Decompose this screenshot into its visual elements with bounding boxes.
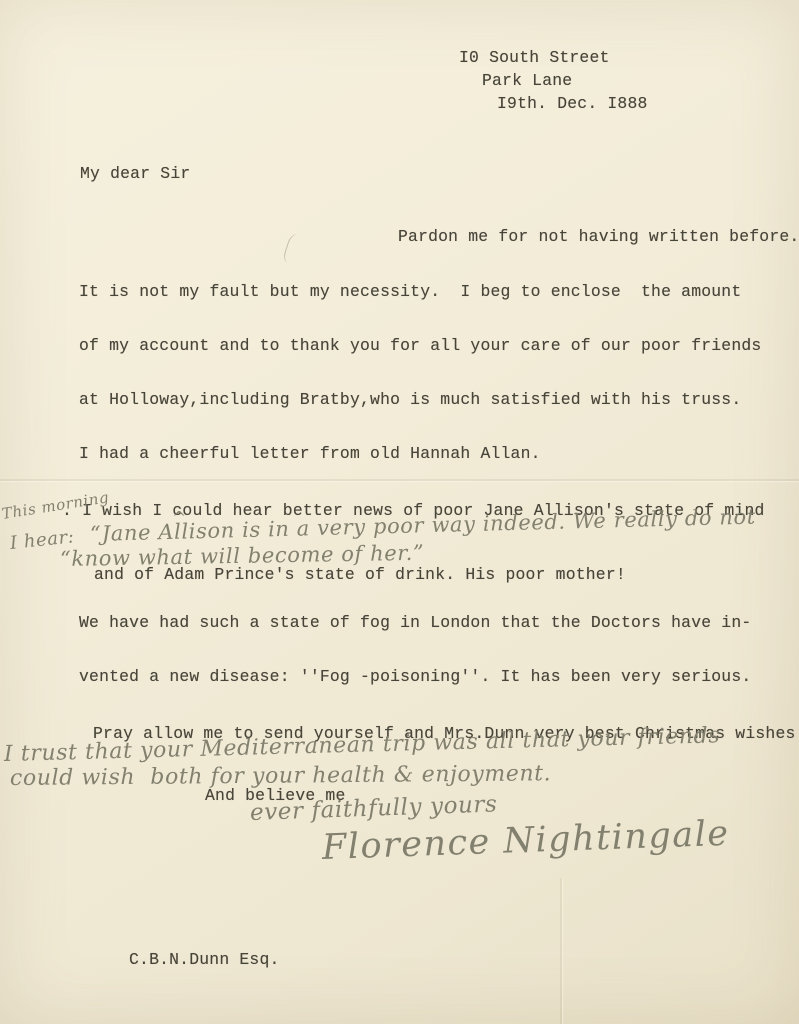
address-line-street: I0 South Street — [459, 48, 610, 67]
horizontal-fold-crease — [0, 479, 799, 481]
body-line-1: It is not my fault but my necessity. I b… — [79, 282, 741, 301]
signature: Florence Nightingale — [321, 814, 730, 868]
body-line-7: We have had such a state of fog in Londo… — [79, 613, 751, 632]
body-line-4: I had a cheerful letter from old Hannah … — [79, 444, 541, 463]
address-line-district: Park Lane — [482, 71, 572, 90]
addressee-line: C.B.N.Dunn Esq. — [129, 950, 280, 969]
body-line-3: at Holloway,including Bratby,who is much… — [79, 390, 741, 409]
opening-sentence: Pardon me for not having written before. — [398, 227, 799, 246]
date-line: I9th. Dec. I888 — [497, 94, 648, 113]
body-line-2: of my account and to thank you for all y… — [79, 336, 761, 355]
handwritten-closing-line-2: could wish both for your health & enjoym… — [10, 761, 551, 791]
vertical-fold-crease — [560, 878, 562, 1024]
salutation: My dear Sir — [80, 164, 190, 183]
paper-scratch-mark — [282, 233, 304, 266]
body-line-8: vented a new disease: ''Fog -poisoning''… — [79, 667, 751, 686]
letter-page: I0 South Street Park Lane I9th. Dec. I88… — [0, 0, 799, 1024]
